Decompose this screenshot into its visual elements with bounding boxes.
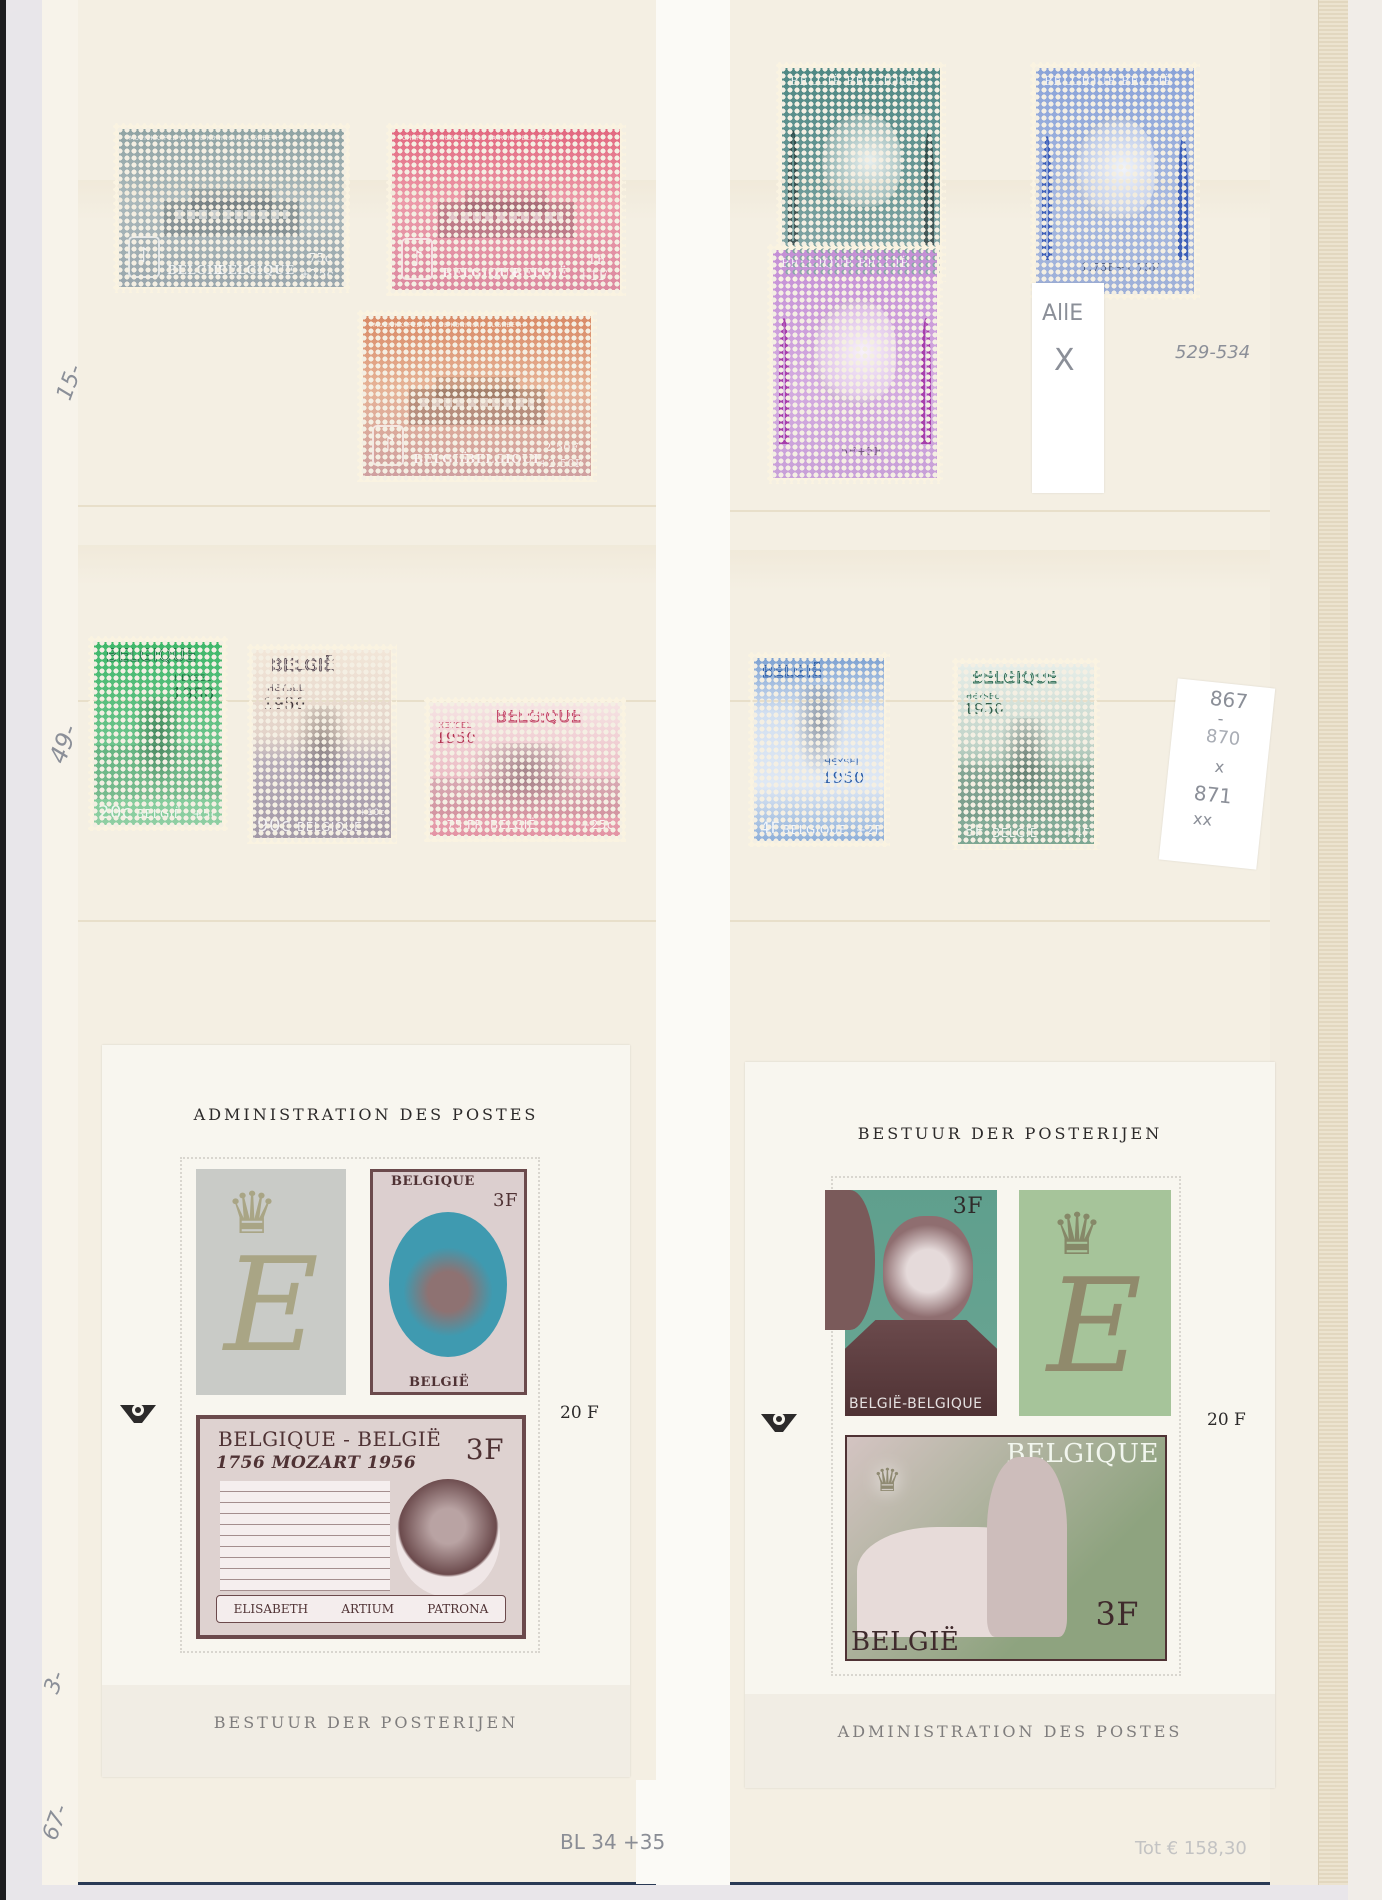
monogram-label: ♛ E	[1019, 1190, 1171, 1416]
lyre-icon: ♪	[372, 425, 404, 467]
background-edge	[1348, 0, 1382, 1900]
stamp-chapel-250[interactable]: MUZIEKKAPEL VAN DE KONINGIN ELISABETH ♪ …	[357, 310, 597, 482]
lyre-arm	[1042, 136, 1052, 260]
queen-portrait-oval	[396, 1479, 500, 1597]
strip-line	[78, 920, 656, 922]
banner: ELISABETH ARTIUM PATRONA	[216, 1595, 506, 1623]
building-illustration	[164, 189, 299, 236]
child-head-illustration	[1076, 118, 1155, 220]
strip-pocket	[730, 550, 1270, 590]
posthorn-icon	[759, 1408, 799, 1434]
music-score	[220, 1481, 390, 1591]
total-value-note: Tot € 158,30	[1135, 1838, 1247, 1859]
blocks-note: BL 34 +35	[560, 1830, 665, 1854]
stamp-chapel-75c[interactable]: MUZIEKKAPEL VAN DE KONINGIN ELISABETH ♪ …	[113, 123, 350, 293]
strip-line	[730, 920, 1270, 922]
strip-pocket	[78, 545, 656, 585]
violin-illustration	[825, 1190, 875, 1330]
lyre-icon: ♪	[128, 236, 160, 277]
album-page: 15- 49- 3- 67- MUZIEKKAPEL VAN DE KONING…	[0, 0, 1382, 1900]
lyre-arm	[921, 318, 931, 443]
souvenir-sheet-left[interactable]: ADMINISTRATION DES POSTES ♛ E BELGIQUE 3…	[102, 1045, 630, 1777]
building-illustration	[438, 190, 575, 238]
lyre-arm	[779, 318, 789, 443]
catalog-range-note: 529-534	[1175, 342, 1250, 363]
stamp-javelin-90c[interactable]: BELGIË HEYSEL 1950 +10c 90c BELGIQUE	[247, 644, 397, 844]
pole-vaulter-illustration	[793, 685, 845, 777]
lyre-arm	[788, 130, 798, 244]
center-gutter	[656, 0, 730, 1885]
monogram-label: ♛ E	[196, 1169, 346, 1395]
lyre-arm	[1178, 136, 1188, 260]
queen-figure-illustration	[987, 1457, 1067, 1637]
queen-portrait	[389, 1212, 507, 1357]
stamp-queen-hospital[interactable]: BELGIQUE ♛ 3F BELGIË	[845, 1435, 1167, 1661]
stamp-mozart[interactable]: BELGIQUE - BELGIË 1756 MOZART 1956 3F EL…	[196, 1415, 526, 1639]
stamp-head-blue[interactable]: BELGIQUE BELGIË 1.75F+1.75F	[1030, 62, 1200, 300]
posthorn-icon	[118, 1399, 158, 1425]
stamp-polevault-4f[interactable]: BELGIË HEYSEL 1950 4F BELGIQUE +2F	[748, 652, 890, 847]
lyre-arm	[924, 130, 934, 244]
annotation-card: AllE X	[1032, 283, 1104, 493]
crown-icon: ♛	[873, 1461, 902, 1499]
child-head-illustration	[814, 300, 896, 403]
strip-line	[78, 505, 656, 507]
page-hinge	[1318, 0, 1348, 1885]
right-margin	[1270, 0, 1318, 1885]
child-head-illustration	[822, 114, 901, 208]
stamp-relay-175[interactable]: BELGIQUE HEYSEL 1950 1.75 FR BELGIË +25c	[424, 697, 626, 842]
stamp-head-violet[interactable]: BELGIQUE BELGIË 5F+5F	[767, 244, 943, 484]
stamp-queen-violin[interactable]: 3F BELGIË-BELGIQUE	[845, 1190, 997, 1416]
annotation-card: 867 - 870 x 871 xx	[1159, 678, 1275, 869]
left-margin	[42, 0, 78, 1885]
lyre-icon: ♪	[401, 238, 433, 280]
javelin-thrower-illustration	[294, 706, 349, 800]
stamp-runners-8f[interactable]: BELGIQUE HEYSEL 1950 8F BELGIË +4F	[952, 658, 1100, 850]
strip-line	[730, 510, 1270, 512]
building-illustration	[409, 377, 546, 425]
stamp-chapel-1f[interactable]: CHAPELLE MUSICALE DE LA REINE ELISABETH …	[386, 123, 626, 296]
stamp-queen-portrait[interactable]: BELGIQUE 3F BELGIË	[370, 1169, 527, 1395]
stamp-hurdles-20c[interactable]: BELGIQUE HEYSEL 1950 20c BELGIË +5c	[88, 636, 228, 831]
souvenir-sheet-right[interactable]: BESTUUR DER POSTERIJEN 3F BELGIË-BELGIQU…	[745, 1062, 1275, 1788]
queen-portrait	[883, 1216, 973, 1326]
